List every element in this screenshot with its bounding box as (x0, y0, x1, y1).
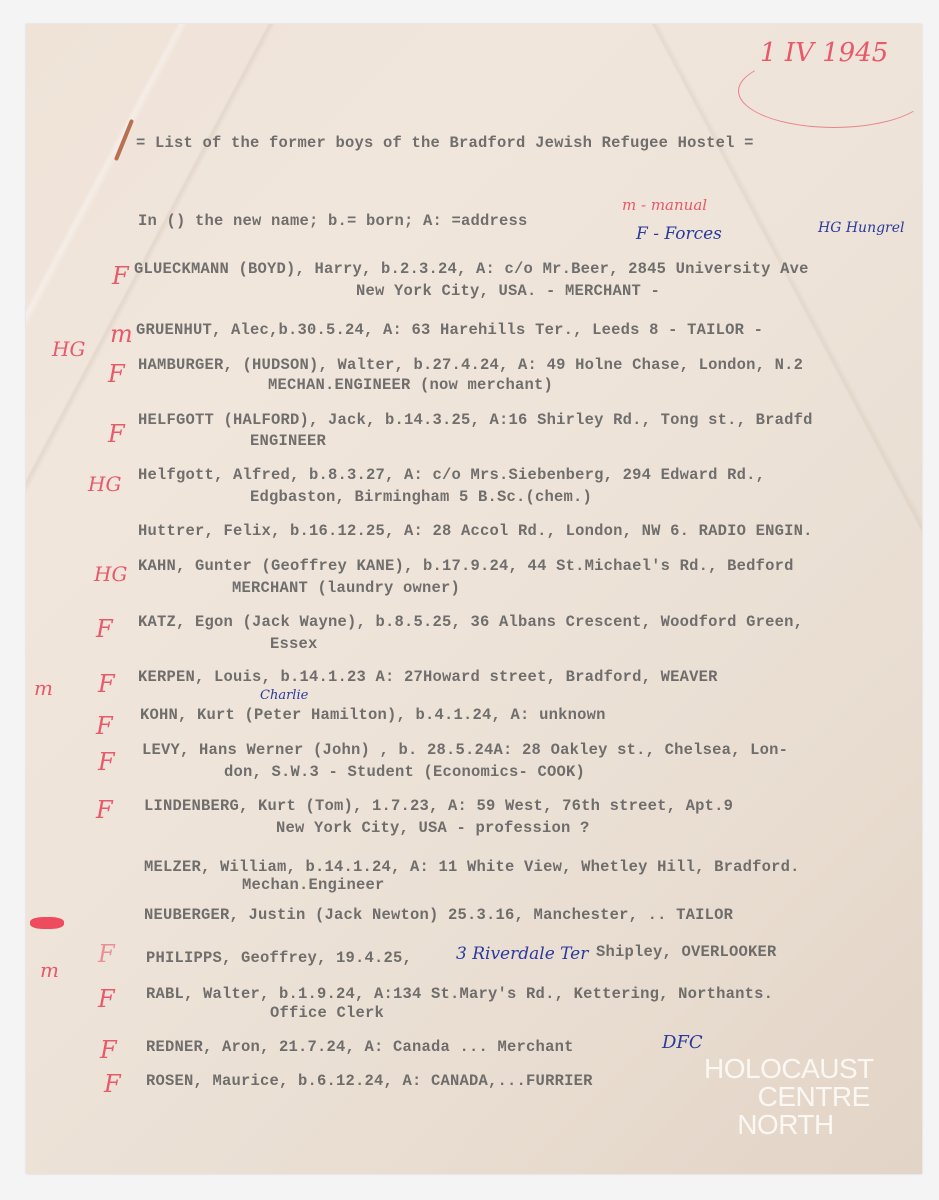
key-manual: m - manual (622, 196, 707, 214)
holocaust-centre-north-logo: HOLOCAUST CENTRE NORTH (704, 1055, 874, 1139)
mark-hg: HG (94, 562, 127, 586)
entry-line: Office Clerk (270, 1004, 384, 1022)
entry-line: KOHN, Kurt (Peter Hamilton), b.4.1.24, A… (140, 706, 606, 724)
logo-line-1: HOLOCAUST (704, 1055, 874, 1083)
red-blot-mark (30, 917, 64, 929)
entry-line: New York City, USA - profession ? (276, 819, 590, 837)
entry-line: REDNER, Aron, 21.7.24, A: Canada ... Mer… (146, 1038, 574, 1056)
mark-f: F (108, 420, 125, 448)
entry-line: NEUBERGER, Justin (Jack Newton) 25.3.16,… (144, 906, 733, 924)
entry-line: MECHAN.ENGINEER (now merchant) (268, 376, 553, 394)
mark-m: m (40, 958, 59, 982)
mark-f: F (108, 360, 125, 388)
entry-line: Mechan.Engineer (242, 876, 385, 894)
entry-line: MELZER, William, b.14.1.24, A: 11 White … (144, 858, 800, 876)
key-hg: HG Hungrel (818, 220, 905, 236)
mark-m: m (110, 320, 133, 348)
entry-line: KATZ, Egon (Jack Wayne), b.8.5.25, 36 Al… (138, 613, 803, 631)
entry-line: PHILIPPS, Geoffrey, 19.4.25, (146, 949, 412, 967)
key-forces: F - Forces (636, 224, 722, 244)
entry-line: don, S.W.3 - Student (Economics- COOK) (224, 763, 585, 781)
entry-line: LEVY, Hans Werner (John) , b. 28.5.24A: … (142, 741, 788, 759)
mark-f: F (98, 940, 115, 968)
entry-line: Essex (270, 635, 318, 653)
entry-line: ENGINEER (250, 432, 326, 450)
entry-line: RABL, Walter, b.1.9.24, A:134 St.Mary's … (146, 985, 773, 1003)
entry-line: KAHN, Gunter (Geoffrey KANE), b.17.9.24,… (138, 557, 794, 575)
entry-line: LINDENBERG, Kurt (Tom), 1.7.23, A: 59 We… (144, 797, 733, 815)
date-annotation: 1 IV 1945 (760, 38, 888, 68)
mark-hg: HG (88, 472, 121, 496)
mark-f: F (98, 985, 115, 1013)
blue-note: DFC (662, 1032, 703, 1053)
mark-f: F (96, 796, 113, 824)
mark-f: F (100, 1036, 117, 1064)
mark-f: F (98, 670, 115, 698)
entry-line: GLUECKMANN (BOYD), Harry, b.2.3.24, A: c… (134, 260, 809, 278)
entry-line: New York City, USA. - MERCHANT - (356, 282, 660, 300)
entry-line: Shipley, OVERLOOKER (596, 943, 777, 961)
entry-line: Helfgott, Alfred, b.8.3.27, A: c/o Mrs.S… (138, 466, 765, 484)
mark-m: m (34, 676, 53, 700)
mark-f: F (96, 615, 113, 643)
entry-line: KERPEN, Louis, b.14.1.23 A: 27Howard str… (138, 668, 718, 686)
entry-line: GRUENHUT, Alec,b.30.5.24, A: 63 Harehill… (136, 321, 763, 339)
logo-line-2: CENTRE (704, 1083, 870, 1111)
entry-line: Huttrer, Felix, b.16.12.25, A: 28 Accol … (138, 522, 813, 540)
mark-f: F (96, 712, 113, 740)
entry-line: HAMBURGER, (HUDSON), Walter, b.27.4.24, … (138, 356, 803, 374)
mark-f: F (104, 1070, 121, 1098)
entry-line: HELFGOTT (HALFORD), Jack, b.14.3.25, A:1… (138, 411, 813, 429)
blue-note: Charlie (260, 688, 308, 703)
mark-f: F (98, 748, 115, 776)
legend-line: In () the new name; b.= born; A: =addres… (138, 212, 528, 230)
entry-line: MERCHANT (laundry owner) (232, 579, 460, 597)
staple-mark (114, 119, 134, 161)
logo-line-3: NORTH (704, 1111, 834, 1139)
document-title: = List of the former boys of the Bradfor… (136, 134, 754, 152)
blue-note: 3 Riverdale Ter (456, 944, 588, 964)
mark-hg: HG (52, 337, 85, 361)
mark-f: F (112, 262, 129, 290)
entry-line: ROSEN, Maurice, b.6.12.24, A: CANADA,...… (146, 1072, 593, 1090)
entry-line: Edgbaston, Birmingham 5 B.Sc.(chem.) (250, 488, 592, 506)
